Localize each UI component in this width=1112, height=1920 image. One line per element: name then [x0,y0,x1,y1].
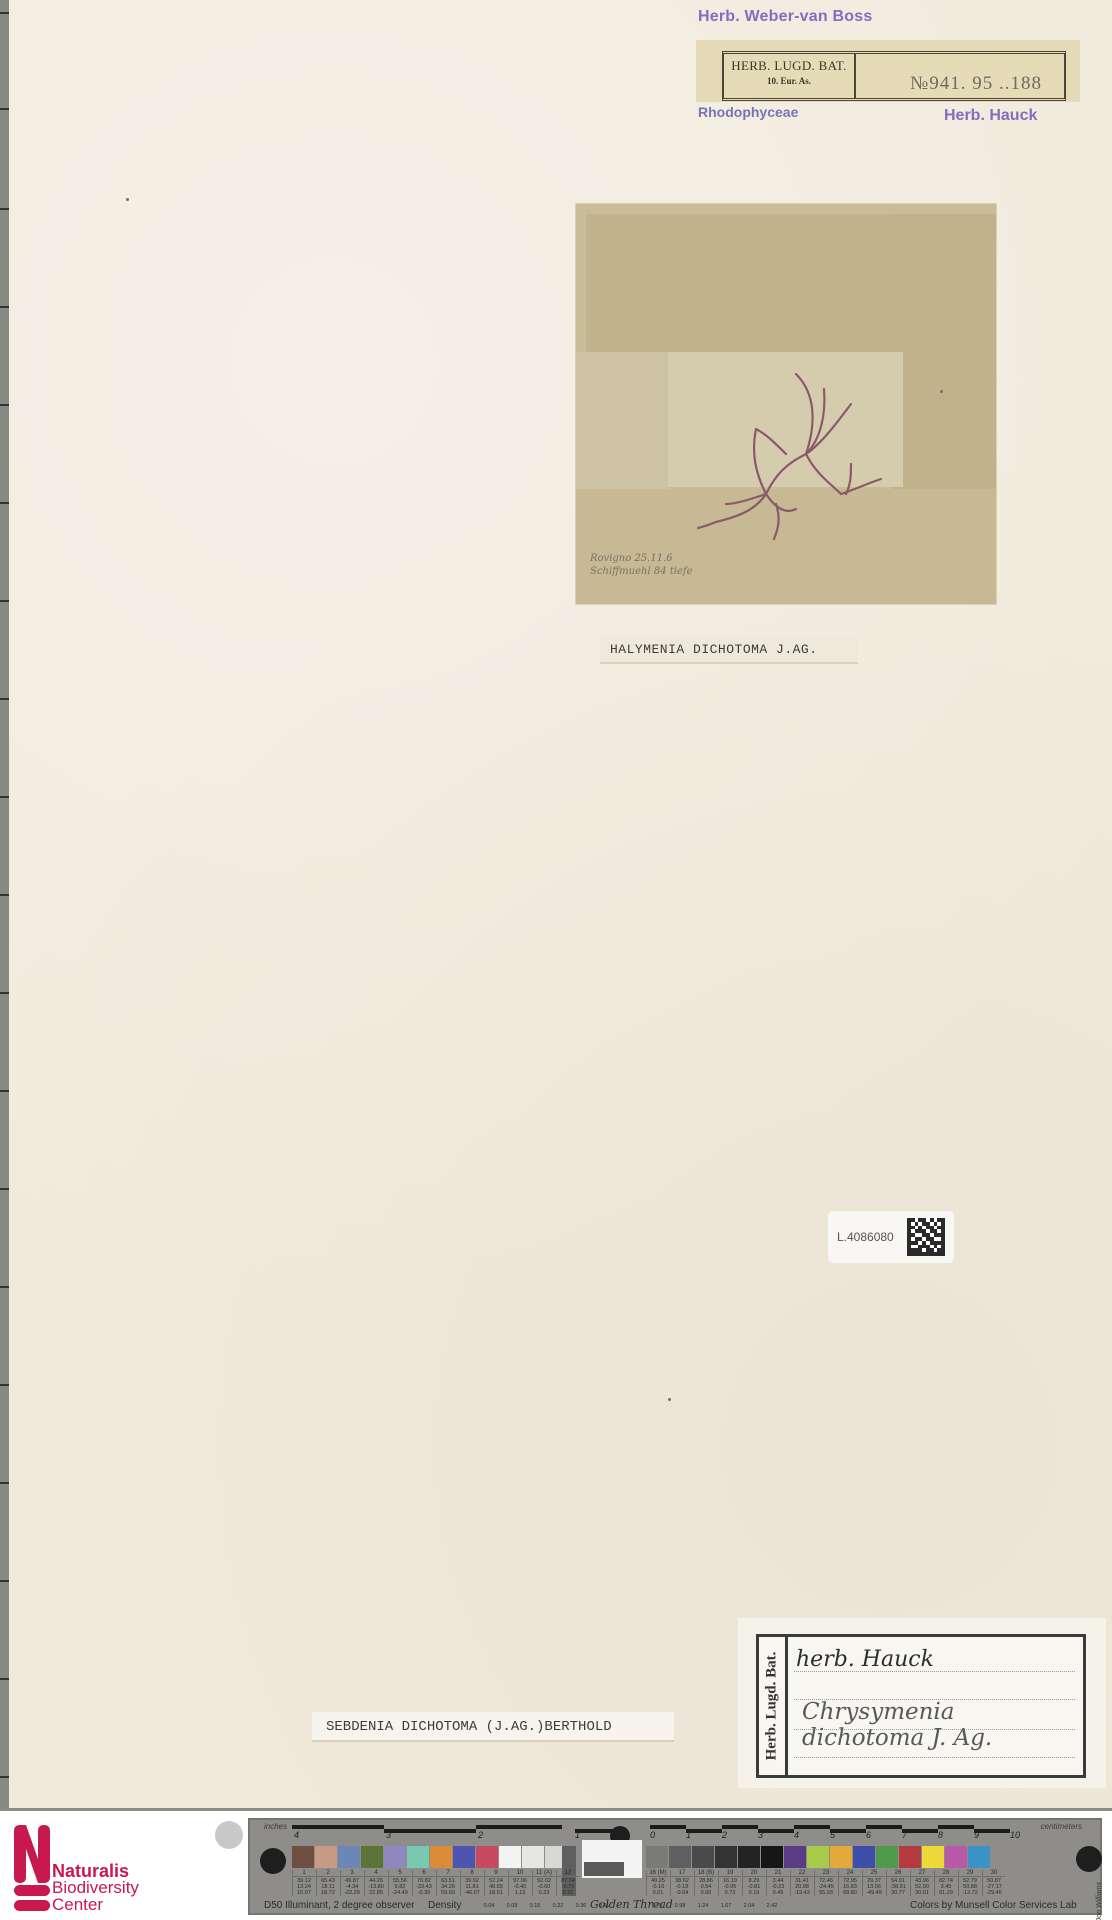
left-edge-ruler [0,0,9,1808]
region-text: 10. Eur. As. [724,76,854,86]
naturalis-n-icon [14,1825,50,1883]
speck [126,198,129,201]
cm-ruler: 0 1 2 3 4 5 6 7 8 9 10 [650,1825,1085,1839]
signature: Don Williams [1096,1882,1103,1920]
handwritten-determination: Chrysymenia dichotoma J. Ag. [802,1699,1083,1751]
resolution-target [582,1840,642,1878]
registration-dot [1076,1846,1102,1872]
herbarium-sheet: Herb. Weber-van Boss HERB. LUGD. BAT. 10… [0,0,1112,1811]
density-values-right: 0.750.981.241.672.042.42 [646,1903,784,1909]
speck [668,1398,671,1401]
herbarium-number-box: HERB. LUGD. BAT. 10. Eur. As. №941. 95 .… [722,51,1066,101]
accession-number: №941. 95 ..188 [856,54,1064,98]
institution-text: HERB. LUGD. BAT. [724,58,854,74]
density-label: Density [428,1900,461,1911]
handwritten-collection-note: Rovigno 25.11.6 Schiffmuehl 84 tiefe [590,552,693,578]
naturalis-logo: Naturalis Biodiversity Center [12,1825,152,1910]
color-calibration-chart: inches centimeters 4 3 2 1 0 0 1 2 3 4 5… [248,1818,1102,1915]
herbarium-stamp: Herb. Hauck [944,107,1037,125]
color-swatches-right [646,1846,991,1868]
label-side-text: Herb. Lugd. Bat. [764,1652,781,1761]
current-name-label: SEBDENIA DICHOTOMA (J.AG.)BERTHOLD [312,1712,674,1742]
gray-reference-dot [215,1821,243,1849]
inch-ruler: 4 3 2 [292,1825,562,1839]
registration-dot [260,1848,286,1874]
speck [940,390,943,393]
class-stamp: Rhodophyceae [698,104,798,120]
alga-specimen-image [656,344,926,544]
determination-label: Herb. Lugd. Bat. herb. Hauck Chrysymenia… [756,1634,1086,1778]
datamatrix-barcode-icon [907,1218,945,1256]
munsell-credit: Colors by Munsell Color Services Lab [910,1900,1077,1911]
lab-values-left: 139.1213.2415.07 265.4318.1118.72 349.87… [292,1870,580,1896]
barcode-label: L.4086080 [828,1211,954,1263]
collection-stamp: Herb. Weber-van Boss [698,8,872,26]
illuminant-text: D50 Illuminant, 2 degree observer [264,1900,415,1911]
color-swatches-left [292,1846,568,1868]
catalog-number: L.4086080 [837,1230,907,1244]
handwritten-herbarium: herb. Hauck [796,1647,934,1672]
lab-values-right: 16 (M)49.25-0.160.01 1738.62-0.18-0.04 1… [646,1870,1006,1896]
original-name-label: HALYMENIA DICHOTOMA J.AG. [600,636,858,664]
specimen-packet: Rovigno 25.11.6 Schiffmuehl 84 tiefe [576,204,996,604]
